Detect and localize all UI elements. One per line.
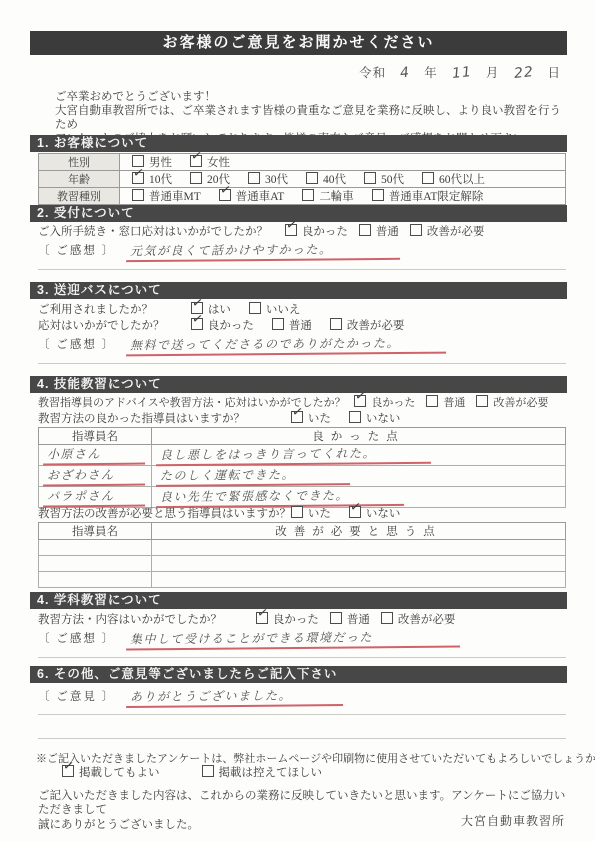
checkbox-option[interactable]: 普通 [272, 317, 312, 333]
checkbox-unchecked-icon[interactable] [372, 189, 384, 201]
academic-comment-handwriting: 集中して受けることができる環境だった [126, 628, 460, 651]
checkbox-option[interactable]: 改善が必要 [410, 223, 485, 239]
good-instructors-table: 指導員名良かった点小原さん良し悪しをはっきり言ってくれた。おざわさんたのしく運転… [38, 427, 566, 508]
day-label: 日 [547, 66, 561, 80]
option-label: 普通 [289, 320, 312, 332]
instructor-table: 指導員名改善が必要と思う点 [38, 522, 566, 588]
section-title: 2. 受付について [37, 206, 135, 220]
comment-label: 〔 ご意見 〕 [38, 691, 115, 703]
checkbox-unchecked-icon[interactable] [476, 395, 488, 407]
section-reception-header: 2. 受付について [30, 205, 567, 222]
option-label: 改善が必要 [347, 320, 405, 332]
option-label: 掲載は控えてほしい [219, 767, 323, 779]
option-label: 良かった [208, 320, 254, 332]
era-label: 令和 [359, 66, 386, 80]
table-row: 教習種別 普通車MT✓普通車AT二輪車普通車AT限定解除 [39, 188, 566, 205]
instructor-name-cell[interactable]: おざわさん [39, 466, 152, 487]
checkbox-option[interactable]: 普通 [359, 223, 399, 239]
checkbox-checked-icon[interactable]: ✓ [291, 411, 303, 423]
checkbox-option[interactable]: ✓女性 [190, 154, 230, 170]
handwritten-text: 良し悪しをはっきり言ってくれた。 [156, 444, 431, 466]
table-row: おざわさんたのしく運転できた。 [39, 466, 566, 487]
checkbox-unchecked-icon[interactable] [302, 189, 314, 201]
option-label: 女性 [207, 157, 230, 169]
checkbox-unchecked-icon[interactable] [190, 172, 202, 184]
bus-usage-question: ご利用されましたか？ [38, 301, 188, 317]
gender-options: 男性✓女性 [132, 157, 248, 169]
option-label: 普通 [347, 614, 370, 626]
checkbox-checked-icon[interactable]: ✓ [349, 506, 361, 518]
questionnaire-page: お客様のご意見をお聞かせください 令和 4 年 11 月 22 日 ご卒業おめで… [0, 0, 595, 841]
checkbox-option[interactable]: いいえ [249, 301, 301, 317]
option-label: 改善が必要 [427, 226, 485, 238]
table-header: 良かった点 [152, 428, 566, 445]
reception-comment-handwriting: 元気が良くて話かけやすかった。 [126, 240, 400, 262]
comment-label: 〔 ご感想 〕 [38, 245, 115, 257]
section-title: 1. お客様について [37, 136, 148, 150]
reception-comment-line: 〔 ご感想 〕 元気が良くて話かけやすかった。 [38, 241, 400, 261]
checkbox-unchecked-icon[interactable] [291, 506, 303, 518]
checkbox-checked-icon[interactable]: ✓ [191, 318, 203, 330]
checkbox-option[interactable]: 普通車AT限定解除 [372, 188, 484, 204]
checkbox-unchecked-icon[interactable] [249, 302, 261, 314]
academic-comment-line: 〔 ご感想 〕 集中して受けることができる環境だった [38, 629, 460, 649]
comment-label: 〔 ご感想 〕 [38, 339, 115, 351]
school-signature: 大宮自動車教習所 [461, 812, 565, 829]
checkbox-option[interactable]: 普通 [330, 611, 370, 627]
option-label: 普通車AT [236, 191, 285, 203]
table-header-row: 指導員名改善が必要と思う点 [39, 523, 566, 540]
bus-comment-line: 〔 ご感想 〕 無料で送ってくださるのでありがたかった。 [38, 335, 446, 355]
other-comment-line: 〔 ご意見 〕 ありがとうございました。 [38, 687, 343, 707]
option-label: 40代 [323, 174, 346, 186]
checkbox-option[interactable]: 普通車MT [132, 188, 201, 204]
customer-info-table: 性別 男性✓女性 年齢 ✓10代20代30代40代50代60代以上 教習種別 普… [38, 153, 566, 205]
point-cell[interactable] [152, 572, 566, 588]
option-label: 掲載してもよい [79, 767, 160, 779]
skill-q2: 教習方法の良かった指導員はいますか？ [38, 410, 288, 426]
skill-q2-options: ✓いたいない [291, 413, 419, 425]
option-label: いいえ [266, 304, 301, 316]
checkbox-option[interactable]: ✓良かった [285, 223, 348, 239]
checkbox-unchecked-icon[interactable] [364, 172, 376, 184]
ruled-line [38, 714, 566, 715]
ruled-line [38, 269, 566, 270]
checkbox-option[interactable]: ✓いない [349, 505, 401, 521]
option-label: 普通車MT [149, 191, 201, 203]
option-label: 60代以上 [439, 174, 485, 186]
checkbox-unchecked-icon[interactable] [248, 172, 260, 184]
age-label: 年齢 [39, 171, 120, 188]
section-title: 3. 送迎バスについて [37, 283, 162, 297]
option-label: 普通 [443, 397, 465, 409]
checkbox-option[interactable]: ✓掲載してもよい [62, 764, 160, 780]
table-row: 年齢 ✓10代20代30代40代50代60代以上 [39, 171, 566, 188]
option-label: 二輪車 [319, 191, 354, 203]
instructor-name-cell[interactable] [39, 556, 152, 572]
option-label: 改善が必要 [493, 397, 548, 409]
option-label: 良かった [371, 397, 415, 409]
publish-checkboxes: ✓掲載してもよい掲載は控えてほしい [62, 767, 364, 779]
other-comment-handwriting: ありがとうございました。 [126, 686, 343, 708]
form-title-bar: お客様のご意見をお聞かせください [30, 31, 567, 55]
month-label: 月 [486, 66, 500, 80]
checkbox-option[interactable]: ✓良かった [191, 317, 254, 333]
age-options: ✓10代20代30代40代50代60代以上 [132, 174, 503, 186]
section-other-header: 6. その他、ご意見等ございましたらご記入下さい [30, 666, 567, 683]
table-header: 改善が必要と思う点 [152, 523, 566, 540]
course-type-options: 普通車MT✓普通車AT二輪車普通車AT限定解除 [132, 191, 501, 203]
date-line: 令和 4 年 11 月 22 日 [349, 63, 561, 81]
checkbox-unchecked-icon[interactable] [330, 318, 342, 330]
checkbox-option[interactable]: 普通 [426, 394, 465, 410]
checkbox-checked-icon[interactable]: ✓ [256, 612, 268, 624]
improve-instructors-table: 指導員名改善が必要と思う点 [38, 522, 566, 588]
handwritten-text: たのしく運転できた。 [156, 465, 350, 487]
table-row [39, 572, 566, 588]
gender-label: 性別 [39, 154, 120, 171]
checkbox-checked-icon[interactable]: ✓ [354, 395, 366, 407]
section-bus-header: 3. 送迎バスについて [30, 282, 567, 299]
section-customer-header: 1. お客様について [30, 135, 567, 152]
table-header: 指導員名 [39, 523, 152, 540]
course-type-label: 教習種別 [39, 188, 120, 205]
point-cell[interactable]: たのしく運転できた。 [152, 466, 566, 487]
checkbox-option[interactable]: 60代以上 [422, 171, 485, 187]
bus-usage-options: ✓はいいいえ [191, 304, 319, 316]
checkbox-option[interactable]: ✓良かった [354, 394, 415, 410]
option-label: はい [208, 304, 231, 316]
academic-question: 教習方法・内容はいかがでしたか？ [38, 611, 253, 627]
bus-comment-handwriting: 無料で送ってくださるのでありがたかった。 [126, 334, 446, 357]
ruled-line [38, 363, 566, 364]
checkbox-option[interactable]: ✓10代 [132, 171, 172, 187]
checkbox-unchecked-icon[interactable] [426, 395, 438, 407]
bus-service-line: 応対はいかがでしたか？ ✓良かった普通改善が必要 [38, 317, 422, 333]
form-title: お客様のご意見をお聞かせください [162, 34, 434, 51]
checkbox-option[interactable]: 40代 [306, 171, 346, 187]
option-label: 50代 [381, 174, 404, 186]
option-label: 改善が必要 [398, 614, 456, 626]
checkbox-option[interactable]: いた [291, 505, 331, 521]
day-value: 22 [513, 64, 534, 82]
checkbox-unchecked-icon[interactable] [422, 172, 434, 184]
checkbox-checked-icon[interactable]: ✓ [285, 224, 297, 236]
checkbox-unchecked-icon[interactable] [132, 189, 144, 201]
table-row [39, 540, 566, 556]
academic-options: ✓良かった普通改善が必要 [256, 614, 467, 626]
checkbox-checked-icon[interactable]: ✓ [132, 172, 144, 184]
instructor-name-cell[interactable] [39, 540, 152, 556]
handwritten-text: おざわさん [43, 466, 145, 487]
checkbox-option[interactable]: 30代 [248, 171, 288, 187]
checkbox-unchecked-icon[interactable] [306, 172, 318, 184]
checkbox-unchecked-icon[interactable] [330, 612, 342, 624]
section-title: 6. その他、ご意見等ございましたらご記入下さい [37, 667, 337, 681]
option-label: 良かった [302, 226, 348, 238]
checkbox-checked-icon[interactable]: ✓ [62, 765, 74, 777]
ruled-line [38, 738, 566, 739]
checkbox-option[interactable]: いない [349, 410, 401, 426]
intro-line: 大宮自動車教習所では、ご卒業されます皆様の貴重なご意見を業務に反映し、より良い教… [55, 104, 570, 132]
year-label: 年 [424, 66, 438, 80]
checkbox-unchecked-icon[interactable] [272, 318, 284, 330]
option-label: いない [366, 508, 401, 520]
year-value: 4 [399, 65, 411, 82]
handwritten-text: 小原さん [43, 445, 145, 466]
checkbox-option[interactable]: 改善が必要 [476, 394, 548, 410]
checkbox-unchecked-icon[interactable] [381, 612, 393, 624]
bus-usage-line: ご利用されましたか？ ✓はいいいえ [38, 301, 318, 317]
academic-question-line: 教習方法・内容はいかがでしたか？ ✓良かった普通改善が必要 [38, 611, 466, 627]
month-value: 11 [451, 64, 472, 82]
bus-service-options: ✓良かった普通改善が必要 [191, 320, 423, 332]
checkbox-option[interactable]: 改善が必要 [330, 317, 405, 333]
checkbox-option[interactable]: 掲載は控えてほしい [202, 764, 323, 780]
option-label: いない [366, 413, 401, 425]
skill-q3-options: いた✓いない [291, 508, 419, 520]
checkbox-option[interactable]: ✓いた [291, 410, 331, 426]
checkbox-checked-icon[interactable]: ✓ [219, 189, 231, 201]
checkbox-option[interactable]: ✓普通車AT [219, 188, 285, 204]
option-label: いた [308, 413, 331, 425]
checkbox-checked-icon[interactable]: ✓ [190, 155, 202, 167]
ruled-line [38, 657, 566, 658]
reception-options: ✓良かった普通改善が必要 [285, 226, 496, 238]
checkbox-unchecked-icon[interactable] [202, 765, 214, 777]
table-row [39, 556, 566, 572]
checkbox-option[interactable]: 50代 [364, 171, 404, 187]
skill-q1-options: ✓良かった普通改善が必要 [354, 397, 559, 409]
reception-question-line: ご入所手続き・窓口応対はいかがでしたか？ ✓良かった普通改善が必要 [38, 223, 495, 239]
table-header: 指導員名 [39, 428, 152, 445]
comment-label: 〔 ご感想 〕 [38, 633, 115, 645]
option-label: 普通車AT限定解除 [389, 191, 484, 203]
bus-service-question: 応対はいかがでしたか？ [38, 317, 188, 333]
section-title: 4. 学科教習について [37, 593, 162, 607]
instructor-table: 指導員名良かった点小原さん良し悪しをはっきり言ってくれた。おざわさんたのしく運転… [38, 427, 566, 508]
reception-question: ご入所手続き・窓口応対はいかがでしたか？ [38, 223, 268, 239]
checkbox-option[interactable]: ✓良かった [256, 611, 319, 627]
section-skill-header: 4. 技能教習について [30, 376, 567, 393]
option-label: 30代 [265, 174, 288, 186]
option-label: いた [308, 508, 331, 520]
point-cell[interactable]: 良し悪しをはっきり言ってくれた。 [152, 445, 566, 466]
option-label: 男性 [149, 157, 172, 169]
intro-line: ご卒業おめでとうございます！ [55, 90, 570, 104]
instructor-name-cell[interactable] [39, 572, 152, 588]
checkbox-option[interactable]: 二輪車 [302, 188, 354, 204]
point-cell[interactable] [152, 540, 566, 556]
checkbox-option[interactable]: 改善が必要 [381, 611, 456, 627]
table-row: 小原さん良し悪しをはっきり言ってくれた。 [39, 445, 566, 466]
skill-q3-line: 教習方法の改善が必要と思う指導員はいますか？ いた✓いない [38, 505, 418, 521]
checkbox-unchecked-icon[interactable] [349, 411, 361, 423]
option-label: 良かった [273, 614, 319, 626]
checkbox-unchecked-icon[interactable] [410, 224, 422, 236]
instructor-name-cell[interactable]: 小原さん [39, 445, 152, 466]
section-academic-header: 4. 学科教習について [30, 592, 567, 609]
section-title: 4. 技能教習について [37, 377, 162, 391]
skill-q2-line: 教習方法の良かった指導員はいますか？ ✓いたいない [38, 410, 418, 426]
checkbox-unchecked-icon[interactable] [359, 224, 371, 236]
table-row: 性別 男性✓女性 [39, 154, 566, 171]
option-label: 10代 [149, 174, 172, 186]
table-header-row: 指導員名良かった点 [39, 428, 566, 445]
option-label: 普通 [376, 226, 399, 238]
point-cell[interactable] [152, 556, 566, 572]
publish-options: ✓掲載してもよい掲載は控えてほしい [62, 764, 364, 780]
skill-q3: 教習方法の改善が必要と思う指導員はいますか？ [38, 505, 288, 521]
